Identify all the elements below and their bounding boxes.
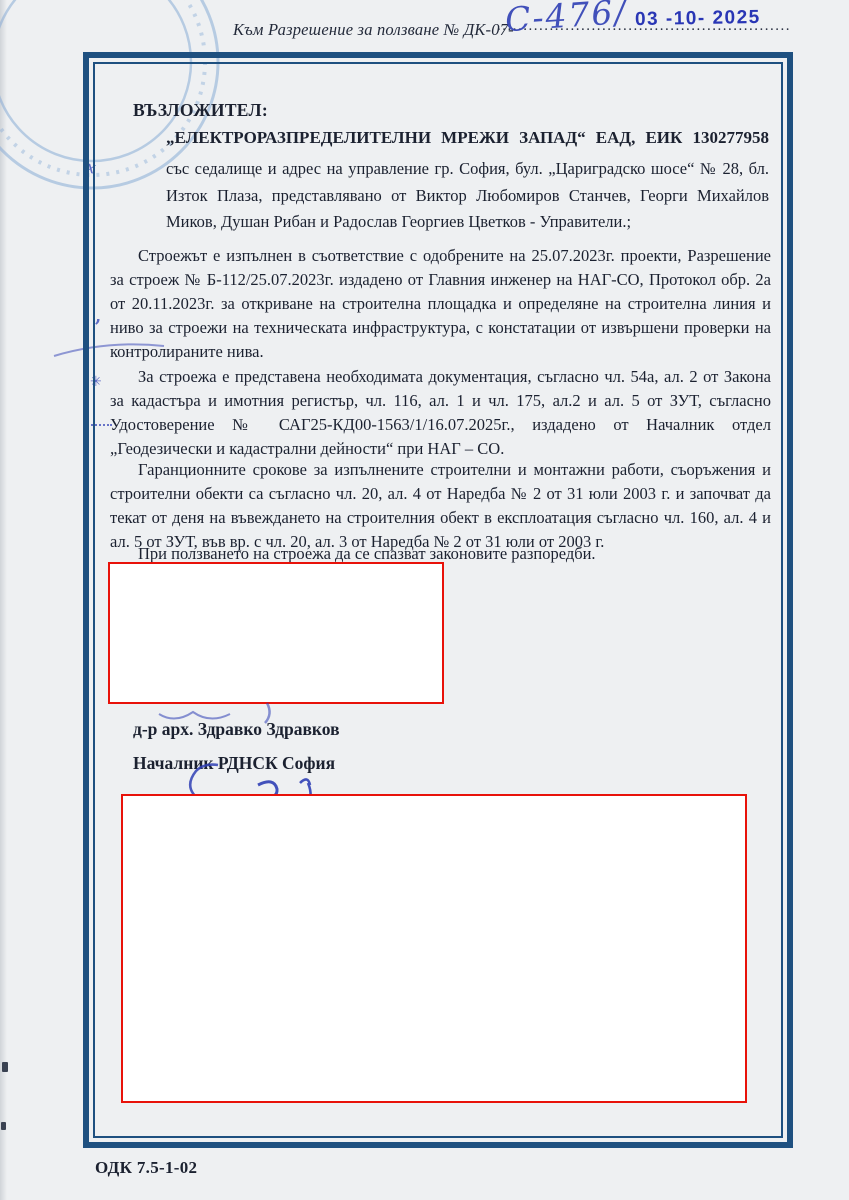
- assignor-heading: ВЪЗЛОЖИТЕЛ:: [133, 100, 268, 121]
- form-code: ОДК 7.5-1-02: [95, 1158, 197, 1178]
- paragraph-documentation: За строежа е представена необходимата до…: [110, 365, 771, 461]
- scan-speck: [2, 1062, 8, 1072]
- company-name-line: „ЕЛЕКТРОРАЗПРЕДЕЛИТЕЛНИ МРЕЖИ ЗАПАД“ ЕАД…: [166, 128, 769, 148]
- scan-speck: [1, 1122, 6, 1130]
- date-stamp: 03 -10- 2025: [635, 7, 761, 31]
- company-details: със седалище и адрес на управление гр. С…: [166, 156, 769, 236]
- scanned-document-page: { "header": { "label": "Към Разрешение з…: [0, 0, 849, 1200]
- paragraph-warranty-terms: Гаранционните срокове за изпълнените стр…: [110, 458, 771, 554]
- header-reference-label: Към Разрешение за ползване № ДК-07-: [233, 20, 514, 40]
- redaction-box-lower: [121, 794, 747, 1103]
- redaction-box-upper: [108, 562, 444, 704]
- signer-name: д-р арх. Здравко Здравков: [133, 719, 340, 740]
- paragraph-construction-compliance: Строежът е изпълнен в съответствие с одо…: [110, 244, 771, 364]
